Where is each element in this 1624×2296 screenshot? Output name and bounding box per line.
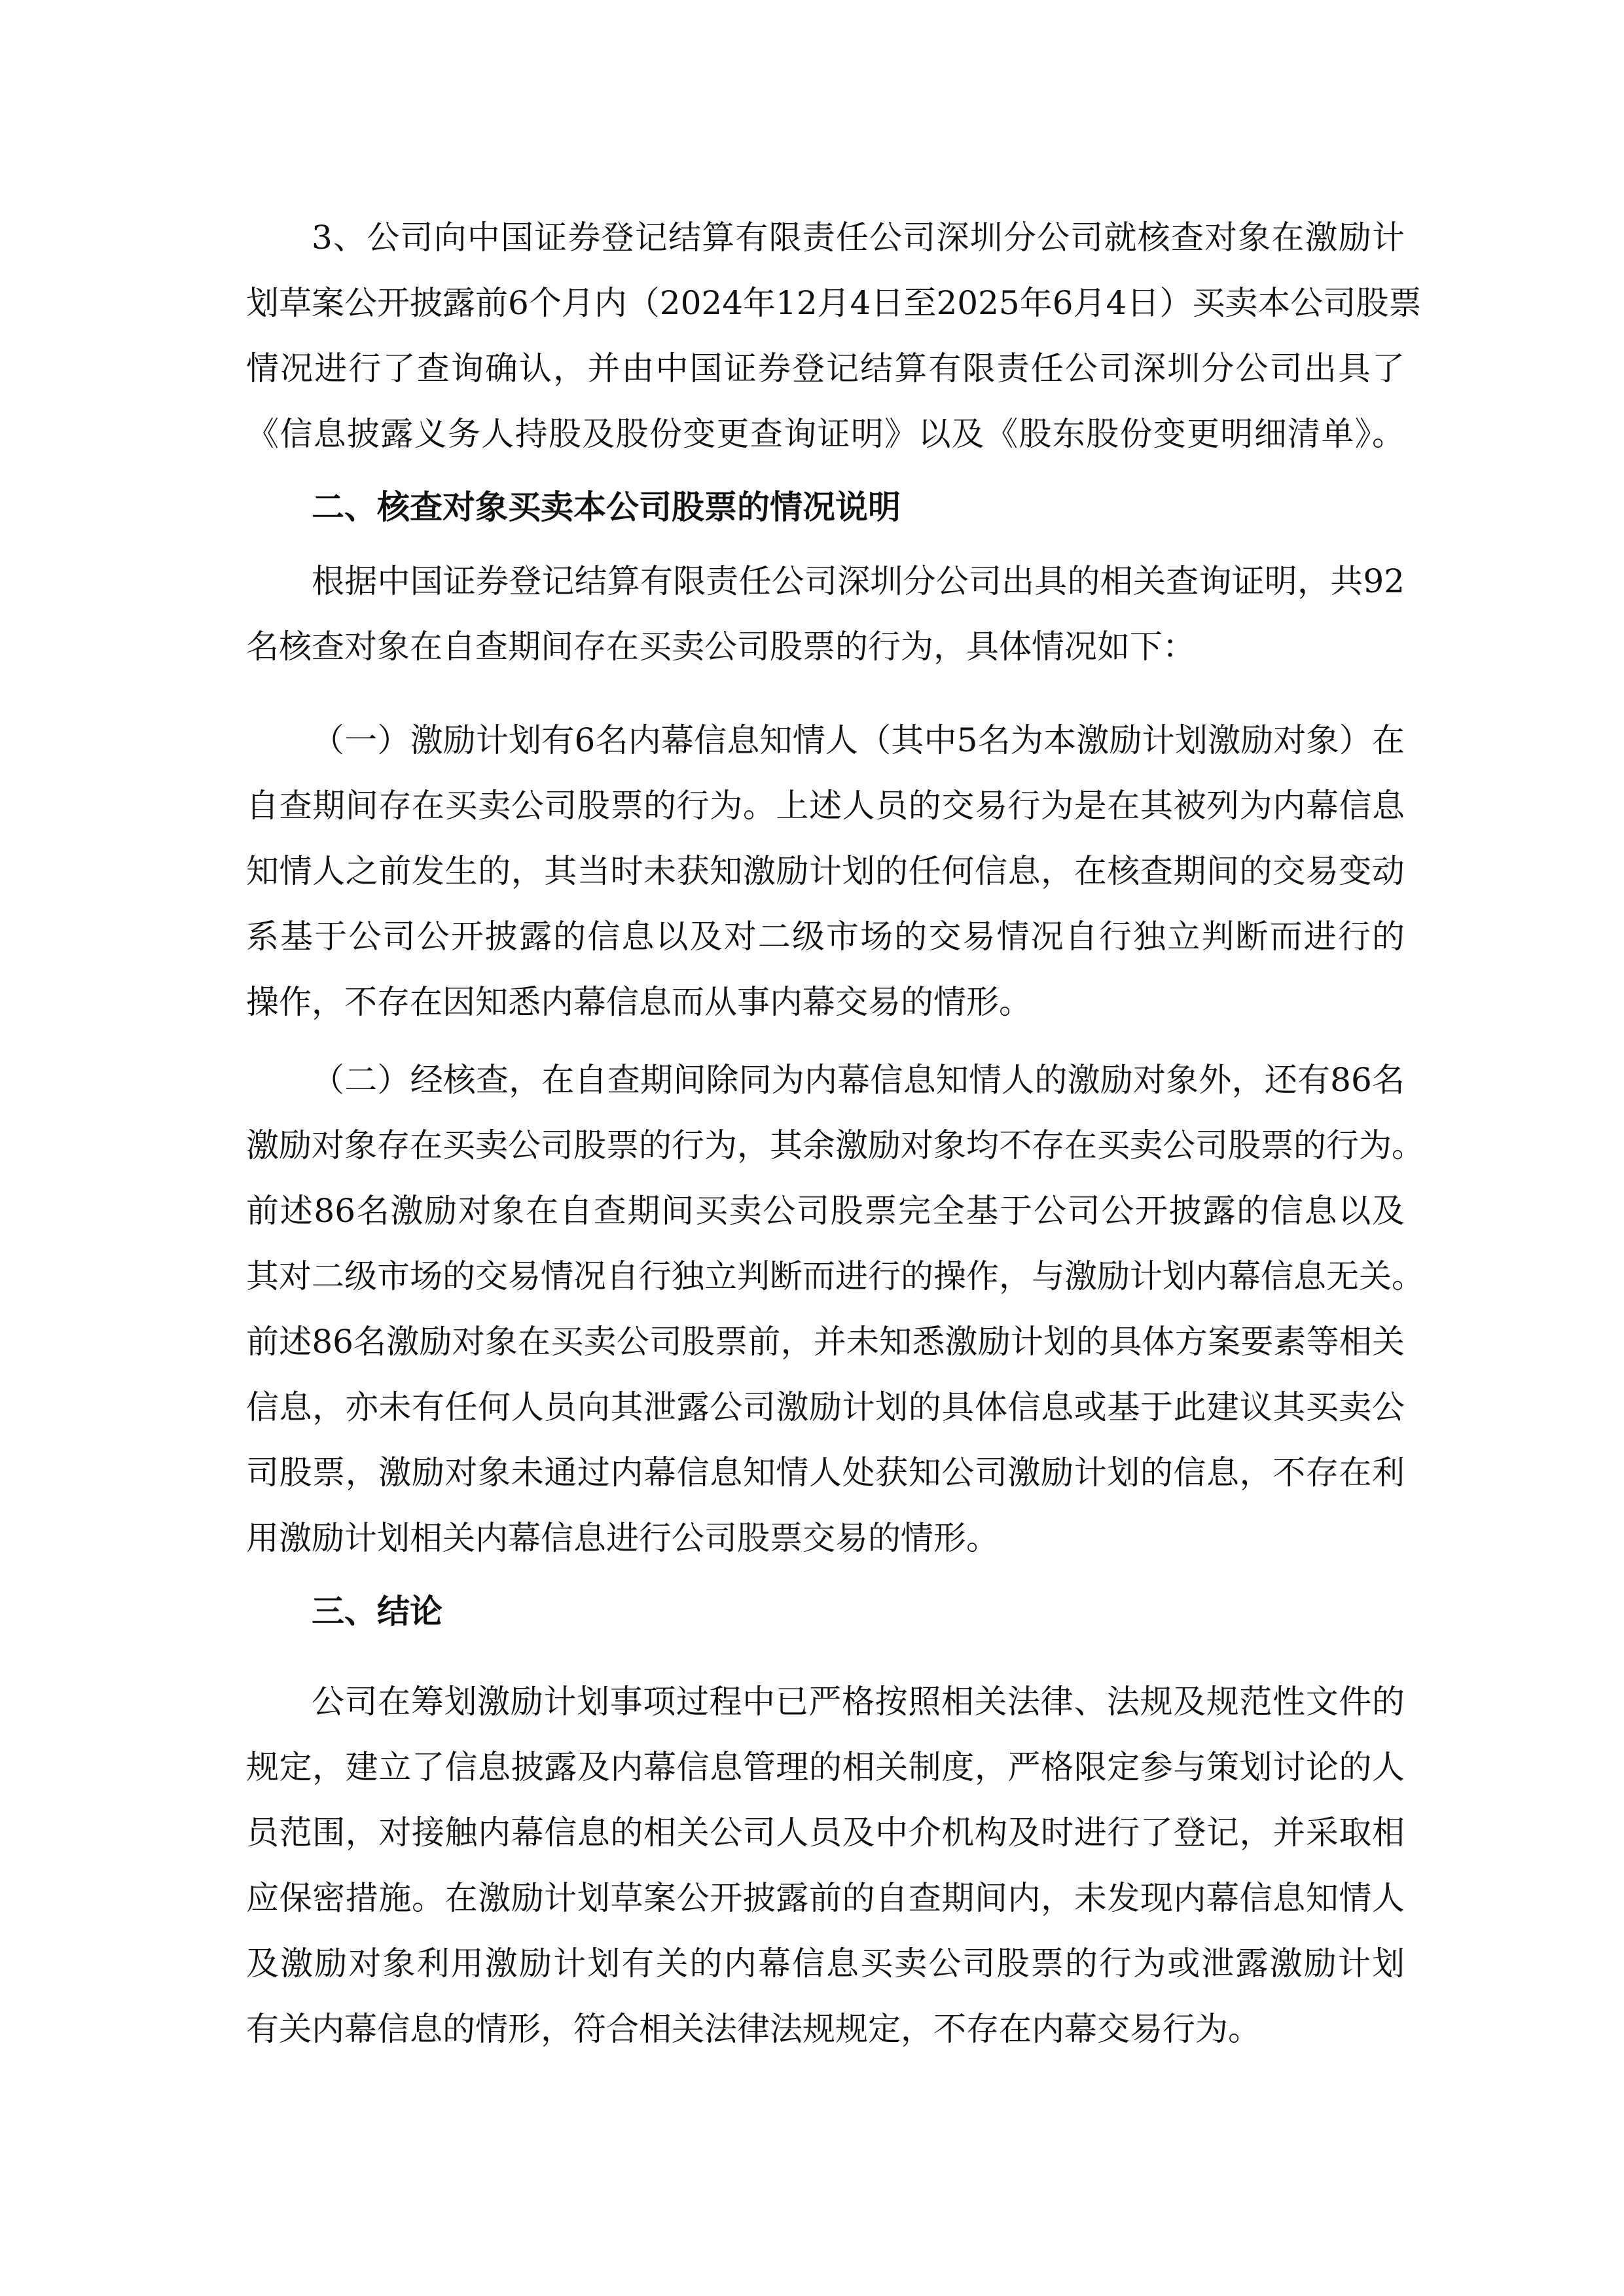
paragraph-6-line-8: 用激励计划相关内幕信息进行公司股票交易的情形。 — [246, 1518, 1405, 1558]
paragraph-7-line-2: 规定，建立了信息披露及内幕信息管理的相关制度，严格限定参与策划讨论的人 — [246, 1748, 1405, 1787]
paragraph-4-line-1: 根据中国证券登记结算有限责任公司深圳分公司出具的相关查询证明，共92 — [312, 562, 1405, 601]
paragraph-7-line-5: 及激励对象利用激励计划有关的内幕信息买卖公司股票的行为或泄露激励计划 — [246, 1944, 1405, 1983]
section-heading-2: 二、核查对象买卖本公司股票的情况说明 — [312, 488, 901, 527]
paragraph-5-line-3: 知情人之前发生的，其当时未获知激励计划的任何信息，在核查期间的交易变动 — [246, 852, 1405, 891]
paragraph-7-line-4: 应保密措施。在激励计划草案公开披露前的自查期间内，未发现内幕信息知情人 — [246, 1878, 1405, 1918]
paragraph-3-line-2: 划草案公开披露前6个月内（2024年12月4日至2025年6月4日）买卖本公司股… — [246, 283, 1405, 323]
paragraph-6-line-2: 激励对象存在买卖公司股票的行为，其余激励对象均不存在买卖公司股票的行为。 — [246, 1126, 1405, 1165]
paragraph-6-line-6: 信息，亦未有任何人员向其泄露公司激励计划的具体信息或基于此建议其买卖公 — [246, 1388, 1405, 1427]
paragraph-3-line-4: 《信息披露义务人持股及股份变更查询证明》以及《股东股份变更明细清单》。 — [246, 414, 1405, 454]
paragraph-6-line-1: （二）经核查，在自查期间除同为内幕信息知情人的激励对象外，还有86名 — [312, 1060, 1405, 1100]
paragraph-5-line-1: （一）激励计划有6名内幕信息知情人（其中5名为本激励计划激励对象）在 — [312, 721, 1405, 760]
paragraph-6-line-7: 司股票，激励对象未通过内幕信息知情人处获知公司激励计划的信息，不存在利 — [246, 1453, 1405, 1492]
paragraph-4-line-2: 名核查对象在自查期间存在买卖公司股票的行为，具体情况如下： — [246, 627, 1405, 666]
paragraph-6-line-4: 其对二级市场的交易情况自行独立判断而进行的操作，与激励计划内幕信息无关。 — [246, 1257, 1405, 1296]
paragraph-5-line-4: 系基于公司公开披露的信息以及对二级市场的交易情况自行独立判断而进行的 — [246, 917, 1405, 956]
paragraph-7-line-3: 员范围，对接触内幕信息的相关公司人员及中介机构及时进行了登记，并采取相 — [246, 1813, 1405, 1852]
paragraph-3-line-1: 3、公司向中国证券登记结算有限责任公司深圳分公司就核查对象在激励计 — [312, 218, 1405, 257]
section-heading-3: 三、结论 — [312, 1592, 442, 1631]
paragraph-5-line-2: 自查期间存在买卖公司股票的行为。上述人员的交易行为是在其被列为内幕信息 — [246, 786, 1405, 825]
paragraph-7-line-1: 公司在筹划激励计划事项过程中已严格按照相关法律、法规及规范性文件的 — [312, 1682, 1405, 1721]
paragraph-6-line-5: 前述86名激励对象在买卖公司股票前，并未知悉激励计划的具体方案要素等相关 — [246, 1322, 1405, 1361]
paragraph-6-line-3: 前述86名激励对象在自查期间买卖公司股票完全基于公司公开披露的信息以及 — [246, 1191, 1405, 1230]
paragraph-5-line-5: 操作，不存在因知悉内幕信息而从事内幕交易的情形。 — [246, 982, 1405, 1022]
document-page: 3、公司向中国证券登记结算有限责任公司深圳分公司就核查对象在激励计 划草案公开披… — [0, 0, 1624, 2296]
paragraph-7-line-6: 有关内幕信息的情形，符合相关法律法规规定，不存在内幕交易行为。 — [246, 2009, 1405, 2049]
paragraph-3-line-3: 情况进行了查询确认，并由中国证券登记结算有限责任公司深圳分公司出具了 — [246, 349, 1405, 388]
